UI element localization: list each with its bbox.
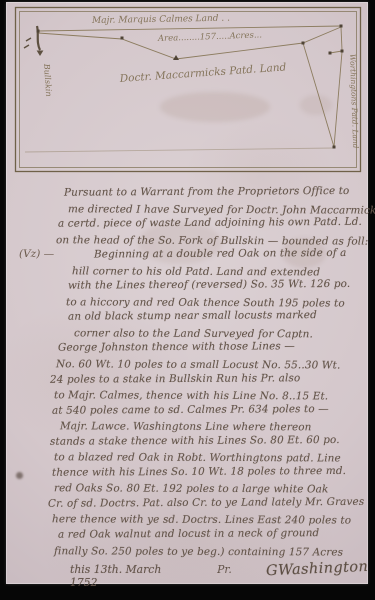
scan-background: Majr. Marquis Calmes Land . . Area......… [0,0,375,600]
text-line: with the Lines thereof (reversed) So. 35… [6,277,368,295]
text-line: 24 poles to a stake in Bullskin Run his … [6,370,368,388]
corner-marker [121,37,124,40]
text-line: Pursuant to a Warrant from the Proprieto… [6,184,368,202]
paper: Majr. Marquis Calmes Land . . Area......… [6,2,368,584]
boundary-lines [25,26,342,152]
corner-markers [37,25,344,149]
text-line: thence with his Lines So. 10 Wt. 18 pole… [6,464,368,482]
text-line: Cr. of sd. Doctrs. Pat. also Cr. to ye L… [6,495,368,513]
body-text: (Vz) — Pursuant to a Warrant from the Pr… [6,186,368,589]
corner-marker [302,42,305,45]
plat-right-vertical-label: Worthingtons Patd. Land [348,54,360,149]
diagonal-boundary-line [303,43,334,147]
text-line: at 540 poles came to sd. Calmes Pr. 634 … [6,401,368,419]
plat-center-label: Doctr. Maccarmicks Patd. Land [118,61,287,85]
north-boundary-line [38,26,341,31]
plat-area-label: Area........157.....Acres... [157,30,262,44]
run-arrowhead-icon [37,51,44,57]
plat-top-label: Majr. Marquis Calmes Land . . [91,14,230,26]
body-lines: Pursuant to a Warrant from the Proprieto… [6,186,368,559]
corner-marker [341,50,344,53]
signature-washington: GWashington [265,559,368,579]
text-line: Beginning at a double red Oak on the sid… [6,246,368,264]
text-line: finally So. 250 poles to ye beg.) contai… [6,544,368,561]
east-boundary-line [334,52,342,147]
survey-plat: Majr. Marquis Calmes Land . . Area......… [0,0,375,182]
corner-marker [329,52,332,55]
run-tick-marks [24,38,31,48]
inner-boundary-polyline [38,27,341,59]
corner-marker-triangle [173,55,179,60]
text-line: a certd. piece of waste Land adjoining h… [6,215,368,233]
text-line: George Johnston thence with those Lines … [6,339,368,357]
corner-marker [333,146,336,149]
corner-marker [37,30,40,33]
right-step-line [341,27,342,50]
bullskin-run [24,26,43,56]
south-boundary-line [25,148,334,152]
text-line: a red Oak walnut and locust in a neck of… [6,526,368,544]
corner-marker [340,25,343,28]
plat-left-vertical-label: Bullskin [42,63,53,97]
text-line: an old black stump near small locusts ma… [6,308,368,326]
text-line: stands a stake thence with his Lines So.… [6,433,368,451]
date-line: this 13th. March 1752 Pr. GWashington [6,561,368,589]
date-text: this 13th. March 1752 [70,563,191,589]
right-connector-line [330,51,342,53]
per-abbrev: Pr. [217,563,232,576]
